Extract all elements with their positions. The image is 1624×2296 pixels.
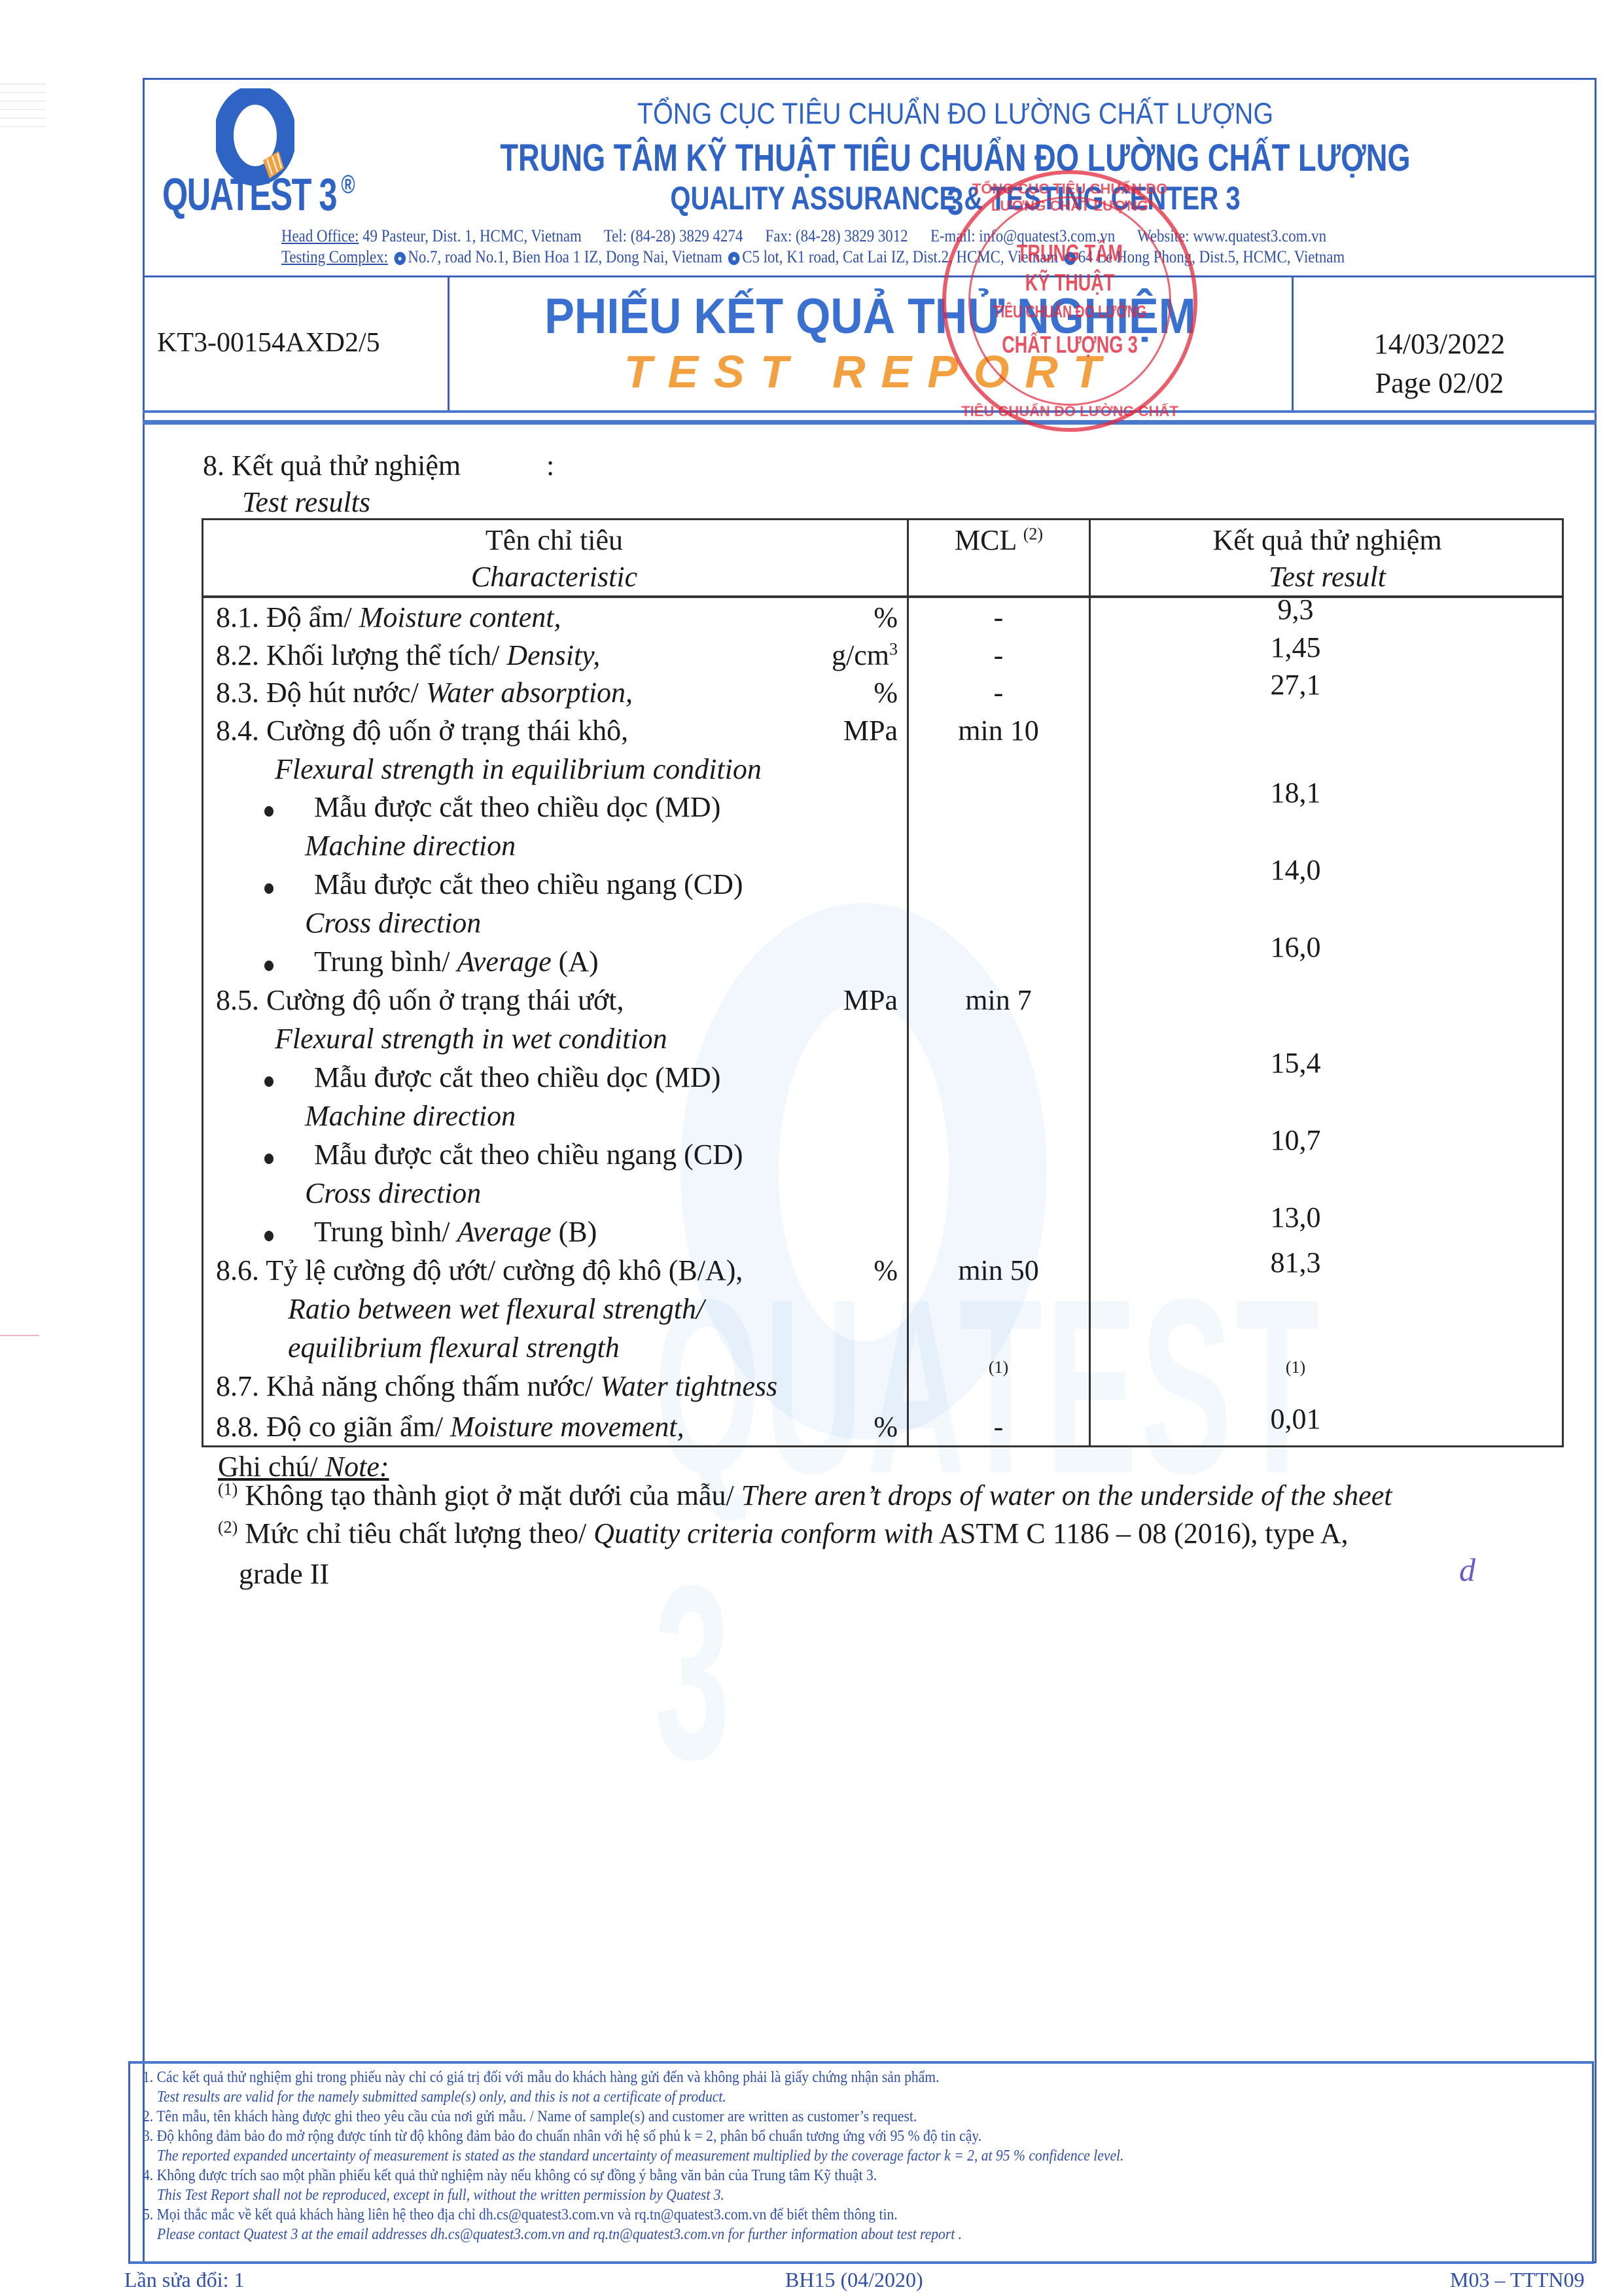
signature-initials: d	[1459, 1551, 1475, 1589]
mcl-cell: min 7	[909, 983, 1087, 1017]
characteristic-cell: Mẫu được cắt theo chiều ngang (CD)	[314, 868, 743, 901]
test-result-cell: 15,4	[1230, 1046, 1361, 1080]
characteristic-cell: 8.8. Độ co giãn ẩm/ Moisture movement,	[216, 1410, 684, 1443]
location-pin-icon: ●	[394, 252, 406, 265]
org-parent-name: TỔNG CỤC TIÊU CHUẨN ĐO LƯỜNG CHẤT LƯỢNG	[437, 97, 1474, 131]
footer-line: 3. Độ không đảm bảo đo mở rộng được tính…	[143, 2128, 981, 2146]
unit-cell: g/cm3	[832, 639, 898, 672]
test-result-cell: (1)	[1230, 1358, 1361, 1377]
unit-cell: MPa	[843, 714, 898, 747]
test-result-cell: 18,1	[1230, 776, 1361, 809]
logo-wordmark: QUATEST 3®	[162, 171, 354, 217]
form-code: M03 – TTTN09	[1450, 2268, 1585, 2292]
note-2: (2) Mức chỉ tiêu chất lượng theo/ Quatit…	[218, 1517, 1349, 1550]
characteristic-cell: Flexural strength in wet condition	[275, 1022, 667, 1055]
characteristic-cell: Machine direction	[305, 1099, 516, 1133]
location-pin-icon: ●	[728, 252, 740, 265]
characteristic-cell: Machine direction	[305, 829, 516, 862]
mcl-cell: min 10	[909, 714, 1087, 747]
report-date: 14/03/2022	[1296, 327, 1583, 361]
table-column-divider	[1089, 518, 1091, 1447]
characteristic-cell: Cross direction	[305, 1176, 481, 1210]
header-characteristic: Tên chỉ tiêuCharacteristic	[202, 522, 907, 595]
test-result-cell: 13,0	[1230, 1201, 1361, 1234]
section-colon: :	[546, 449, 554, 482]
characteristic-cell: Trung bình/ Average (A)	[314, 945, 599, 978]
header-divider-thick	[143, 420, 1597, 425]
test-result-cell: 10,7	[1230, 1123, 1361, 1157]
mcl-cell: -	[909, 639, 1087, 672]
unit-cell: %	[874, 676, 898, 709]
footer-line: 5. Mọi thắc mắc về kết quả khách hàng li…	[143, 2206, 898, 2224]
official-stamp: TỔNG CỤC TIÊU CHUẨN ĐO LƯỜNG CHẤT LƯỢNG …	[942, 170, 1197, 432]
footer-line: Please contact Quatest 3 at the email ad…	[157, 2226, 962, 2244]
characteristic-cell: equilibrium flexural strength	[288, 1331, 620, 1364]
header-test-result: Kết quả thử nghiệmTest result	[1091, 522, 1564, 595]
header-divider-bottom	[143, 410, 1597, 413]
revision-number: Lần sửa đổi: 1	[124, 2268, 245, 2292]
footer-line: Test results are valid for the namely su…	[157, 2089, 726, 2106]
test-result-cell: 9,3	[1230, 593, 1361, 626]
characteristic-cell: Trung bình/ Average (B)	[314, 1215, 597, 1248]
footer-line: This Test Report shall not be reproduced…	[157, 2187, 724, 2204]
test-result-cell: 1,45	[1230, 631, 1361, 664]
unit-cell: MPa	[843, 983, 898, 1017]
unit-cell: %	[874, 601, 898, 634]
form-version: BH15 (04/2020)	[785, 2268, 923, 2292]
section-subtitle: Test results	[242, 486, 370, 519]
characteristic-cell: 8.1. Độ ẩm/ Moisture content,	[216, 601, 561, 634]
characteristic-cell: Mẫu được cắt theo chiều dọc (MD)	[314, 1061, 720, 1094]
section-title: 8. Kết quả thử nghiệm	[203, 449, 461, 482]
characteristic-cell: 8.3. Độ hút nước/ Water absorption,	[216, 676, 633, 709]
report-number: KT3-00154AXD2/5	[157, 327, 445, 359]
characteristic-cell: 8.6. Tỷ lệ cường độ ướt/ cường độ khô (B…	[216, 1254, 743, 1287]
header-mcl: MCL (2)	[909, 522, 1089, 559]
characteristic-cell: 8.2. Khối lượng thể tích/ Density,	[216, 639, 600, 672]
header-column-divider	[448, 275, 450, 410]
footer-line: 4. Không được trích sao một phần phiếu k…	[143, 2167, 877, 2185]
note-1: (1) Không tạo thành giọt ở mặt dưới của …	[218, 1479, 1392, 1512]
bullet-icon	[264, 961, 274, 971]
footer-line: 1. Các kết quả thử nghiệm ghi trong phiế…	[143, 2069, 939, 2087]
test-result-cell: 81,3	[1230, 1246, 1361, 1279]
test-result-cell: 16,0	[1230, 930, 1361, 964]
mcl-cell: -	[909, 1410, 1087, 1443]
scan-artifact-mark	[0, 1335, 39, 1336]
page-number: Page 02/02	[1296, 366, 1583, 400]
bullet-icon	[264, 806, 274, 817]
mcl-cell: (1)	[909, 1358, 1087, 1377]
characteristic-cell: Cross direction	[305, 906, 481, 940]
test-result-cell: 0,01	[1230, 1402, 1361, 1436]
footer-line: The reported expanded uncertainty of mea…	[157, 2147, 1123, 2165]
test-result-cell: 27,1	[1230, 668, 1361, 701]
table-column-divider	[907, 518, 909, 1447]
characteristic-cell: Mẫu được cắt theo chiều dọc (MD)	[314, 790, 720, 824]
test-result-cell: 14,0	[1230, 853, 1361, 887]
mcl-cell: -	[909, 676, 1087, 709]
bullet-icon	[264, 883, 274, 894]
unit-cell: %	[874, 1254, 898, 1287]
characteristic-cell: 8.4. Cường độ uốn ở trạng thái khô,	[216, 714, 628, 747]
characteristic-cell: Mẫu được cắt theo chiều ngang (CD)	[314, 1138, 743, 1171]
header-divider	[143, 275, 1597, 277]
unit-cell: %	[874, 1410, 898, 1443]
characteristic-cell: Flexural strength in equilibrium conditi…	[275, 752, 762, 786]
header-column-divider	[1292, 275, 1294, 410]
characteristic-cell: 8.5. Cường độ uốn ở trạng thái ướt,	[216, 983, 624, 1017]
characteristic-cell: 8.7. Khả năng chống thấm nước/ Water tig…	[216, 1369, 777, 1403]
scan-artifact	[0, 84, 46, 176]
bullet-icon	[264, 1154, 274, 1164]
bullet-icon	[264, 1076, 274, 1087]
note-2-continued: grade II	[239, 1557, 329, 1591]
characteristic-cell: Ratio between wet flexural strength/	[288, 1292, 704, 1326]
bullet-icon	[264, 1231, 274, 1241]
mcl-cell: -	[909, 601, 1087, 634]
mcl-cell: min 50	[909, 1254, 1087, 1287]
footer-line: 2. Tên mẫu, tên khách hàng được ghi theo…	[143, 2108, 917, 2126]
